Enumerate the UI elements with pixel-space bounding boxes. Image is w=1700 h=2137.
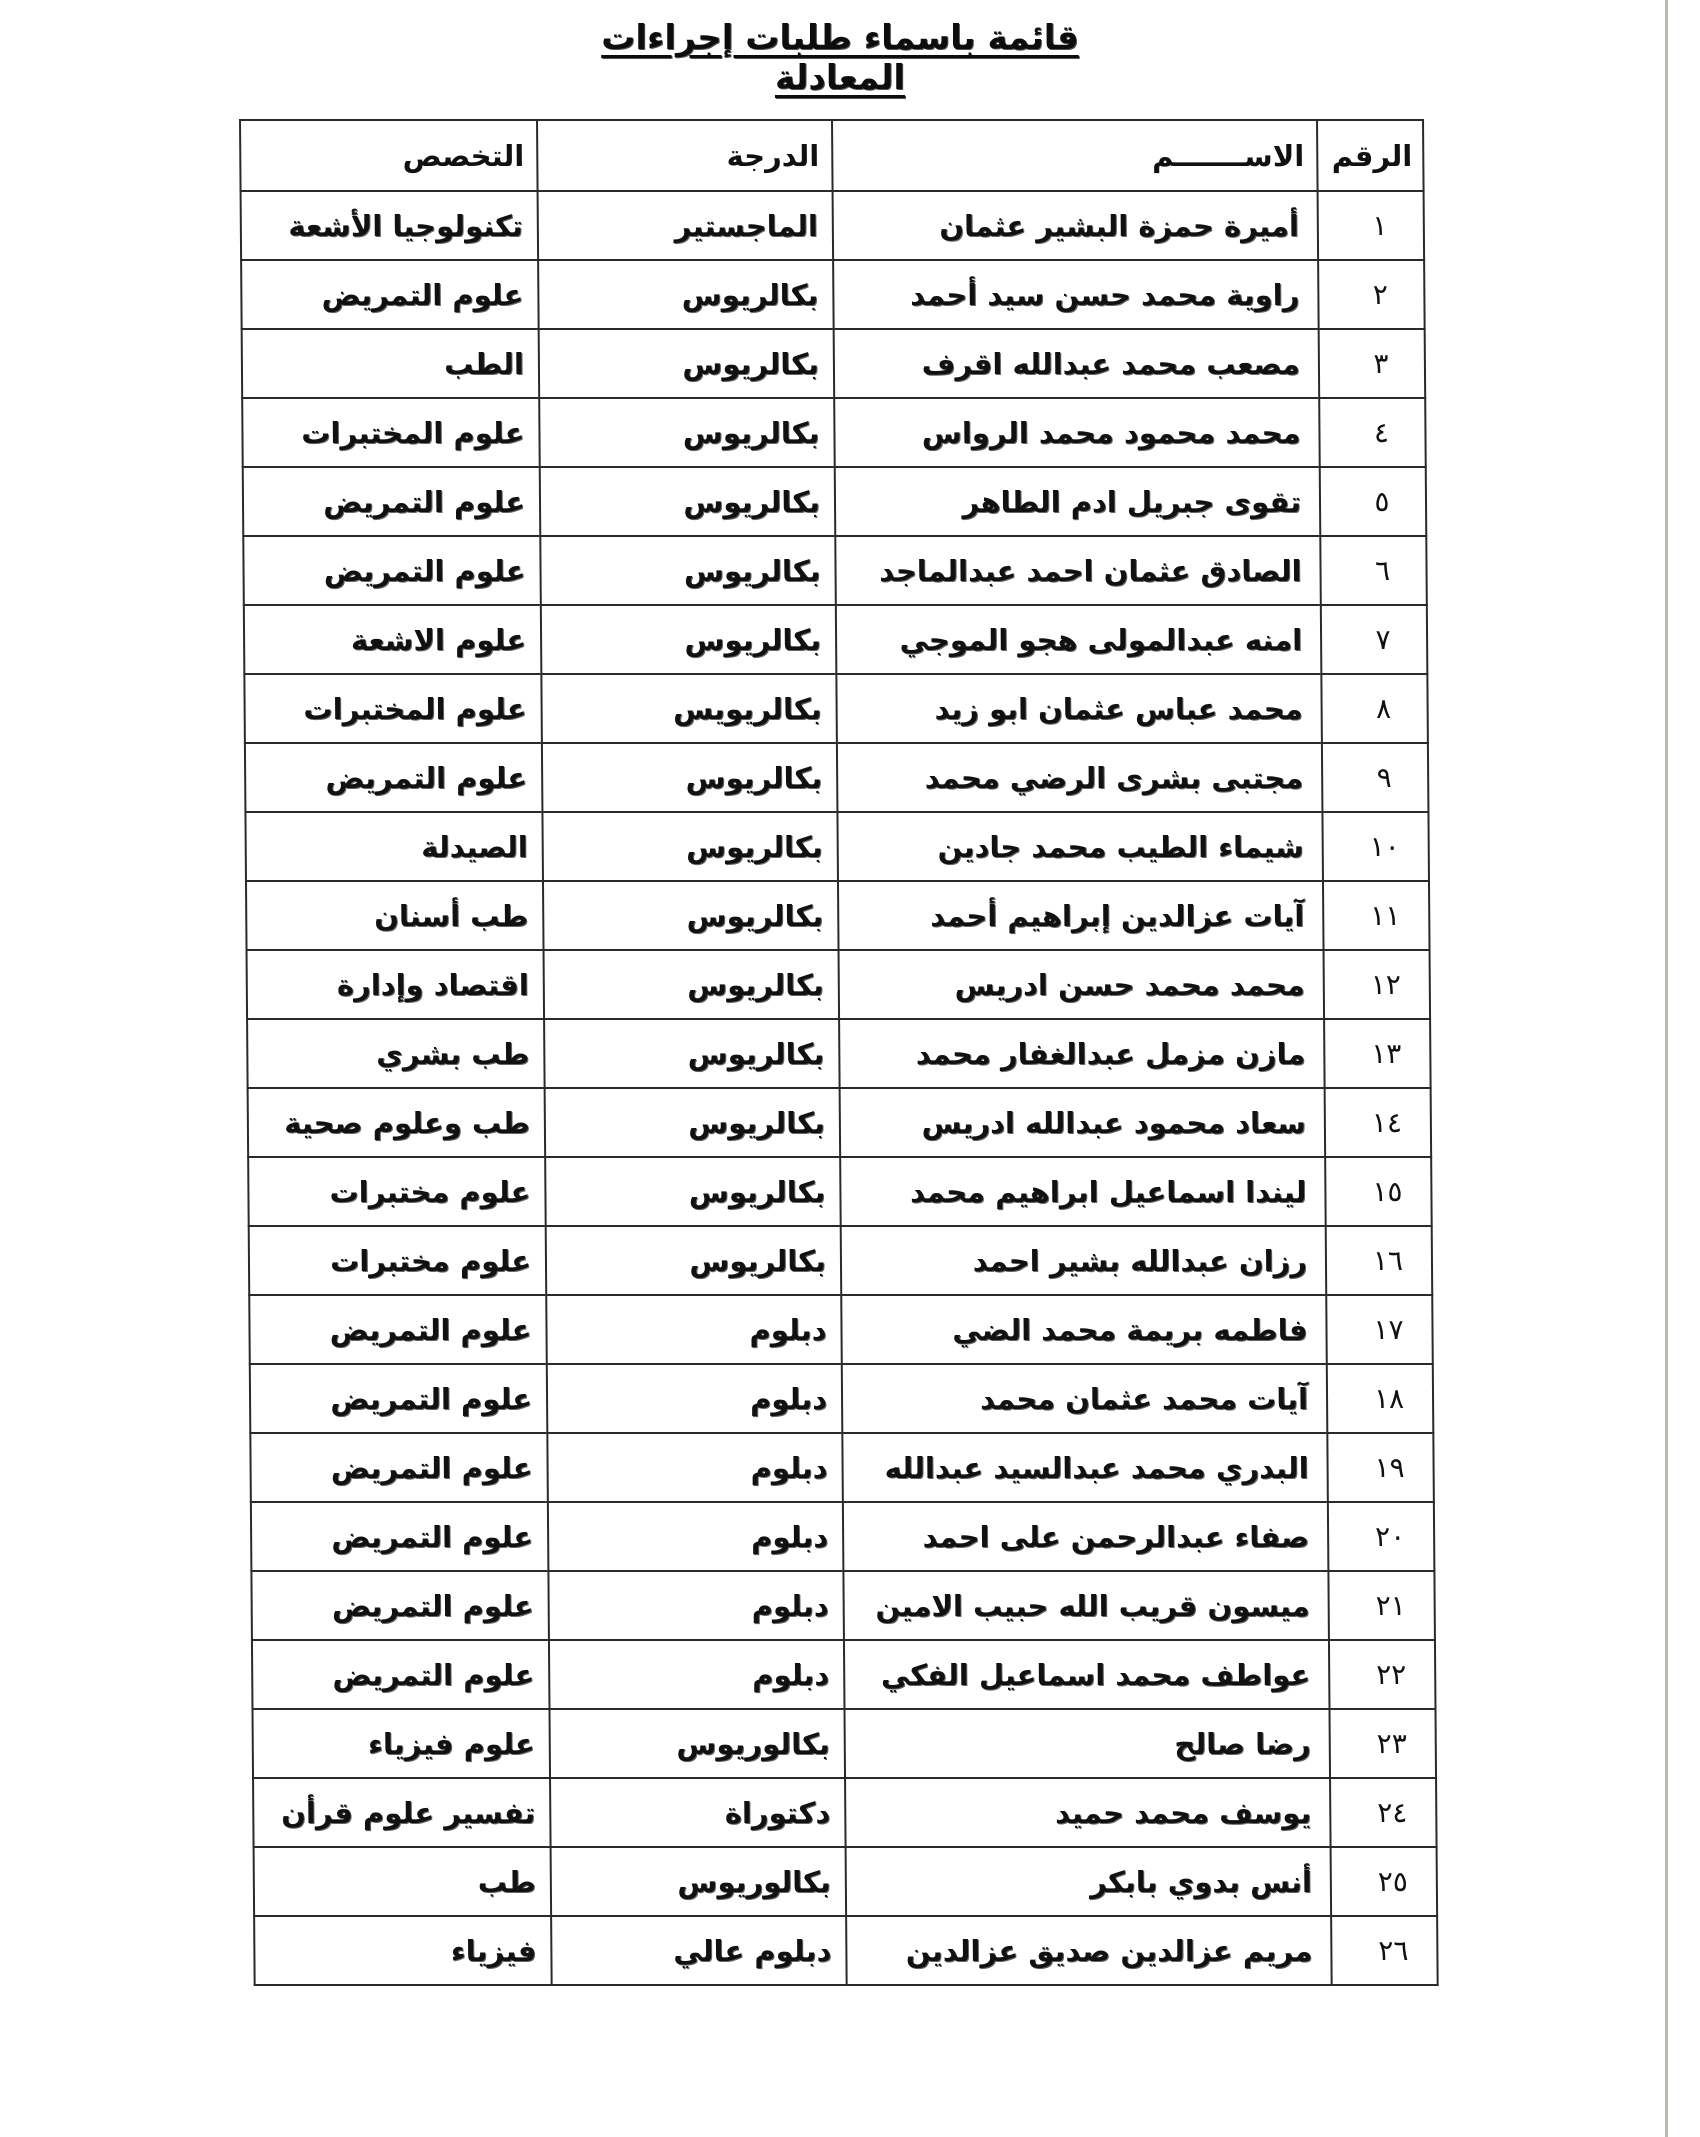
- applicant-name: عواطف محمد اسماعيل الفكي: [844, 1640, 1330, 1709]
- specialty-cell: علوم مختبرات: [248, 1157, 546, 1226]
- applicant-name: مازن مزمل عبدالغفار محمد: [839, 1019, 1325, 1088]
- table-row: ١أميرة حمزة البشير عثمانالماجستيرتكنولوج…: [241, 191, 1425, 260]
- specialty-cell: علوم التمريض: [243, 536, 541, 605]
- table-row: ١٩البدري محمد عبدالسيد عبداللهدبلومعلوم …: [250, 1433, 1434, 1502]
- specialty-cell: تكنولوجيا الأشعة: [241, 191, 539, 260]
- specialty-cell: طب وعلوم صحية: [248, 1088, 546, 1157]
- degree-cell: بكالريوس: [545, 1157, 841, 1226]
- specialty-cell: علوم التمريض: [251, 1571, 549, 1640]
- row-number: ٢١: [1328, 1571, 1435, 1640]
- table-row: ١١آيات عزالدين إبراهيم أحمدبكالريوسطب أس…: [246, 881, 1430, 950]
- row-number: ١٤: [1325, 1088, 1432, 1157]
- table-row: ٥تقوى جبريل ادم الطاهربكالريوسعلوم التمر…: [243, 467, 1427, 536]
- applicant-name: آيات عزالدين إبراهيم أحمد: [838, 881, 1324, 950]
- table-row: ٧امنه عبدالمولى هجو الموجيبكالريوسعلوم ا…: [244, 605, 1428, 674]
- applicant-name: رضا صالح: [844, 1709, 1330, 1778]
- table-row: ٨محمد عباس عثمان ابو زيدبكالريويسعلوم ال…: [244, 674, 1428, 743]
- specialty-cell: تفسير علوم قرأن: [253, 1778, 551, 1847]
- applicant-name: آيات محمد عثمان محمد: [842, 1364, 1328, 1433]
- applicant-name: مصعب محمد عبدالله اقرف: [834, 329, 1320, 398]
- specialty-cell: علوم المختبرات: [244, 674, 542, 743]
- applicants-table-container: الرقم الاســـــــم الدرجة التخصص ١أميرة …: [239, 119, 1437, 1986]
- specialty-cell: علوم التمريض: [241, 260, 539, 329]
- row-number: ٤: [1319, 398, 1426, 467]
- row-number: ١١: [1323, 881, 1430, 950]
- table-body: ١أميرة حمزة البشير عثمانالماجستيرتكنولوج…: [241, 191, 1438, 1985]
- specialty-cell: علوم التمريض: [245, 743, 543, 812]
- specialty-cell: طب أسنان: [246, 881, 544, 950]
- applicant-name: مريم عزالدين صديق عزالدين: [846, 1916, 1332, 1985]
- applicant-name: امنه عبدالمولى هجو الموجي: [836, 605, 1322, 674]
- specialty-cell: فيزياء: [254, 1916, 552, 1985]
- row-number: ٢٣: [1329, 1709, 1436, 1778]
- degree-cell: بكالوريوس: [551, 1847, 847, 1916]
- degree-cell: بكالريوس: [542, 812, 838, 881]
- degree-cell: بكالريوس: [539, 398, 835, 467]
- table-row: ١٦رزان عبدالله بشير احمدبكالريوسعلوم مخت…: [249, 1226, 1433, 1295]
- degree-cell: بكالريوس: [541, 605, 837, 674]
- table-header-row: الرقم الاســـــــم الدرجة التخصص: [240, 120, 1424, 191]
- degree-cell: بكالريوس: [542, 743, 838, 812]
- degree-cell: بكالريوس: [539, 329, 835, 398]
- degree-cell: دبلوم: [547, 1364, 843, 1433]
- row-number: ٢٥: [1331, 1847, 1438, 1916]
- applicant-name: فاطمه بريمة محمد الضي: [841, 1295, 1327, 1364]
- applicant-name: محمد محمود محمد الرواس: [834, 398, 1320, 467]
- specialty-cell: علوم المختبرات: [242, 398, 540, 467]
- applicant-name: مجتبى بشرى الرضي محمد: [837, 743, 1323, 812]
- applicant-name: سعاد محمود عبدالله ادريس: [840, 1088, 1326, 1157]
- degree-cell: بكالريوس: [540, 467, 836, 536]
- degree-cell: بكالوريوس: [549, 1709, 845, 1778]
- table-row: ١٢محمد محمد حسن ادريسبكالريوساقتصاد وإدا…: [247, 950, 1431, 1019]
- table-row: ٢١ميسون قريب الله حبيب الاميندبلومعلوم ا…: [251, 1571, 1435, 1640]
- specialty-cell: اقتصاد وإدارة: [247, 950, 545, 1019]
- specialty-cell: الصيدلة: [245, 812, 543, 881]
- table-row: ٢٤يوسف محمد حميددكتوراةتفسير علوم قرأن: [253, 1778, 1437, 1847]
- table-row: ٦الصادق عثمان احمد عبدالماجدبكالريوسعلوم…: [243, 536, 1427, 605]
- specialty-cell: علوم التمريض: [252, 1640, 550, 1709]
- row-number: ١٨: [1327, 1364, 1434, 1433]
- degree-cell: دبلوم: [546, 1295, 842, 1364]
- table-row: ٩مجتبى بشرى الرضي محمدبكالريوسعلوم التمر…: [245, 743, 1429, 812]
- degree-cell: بكالريوس: [544, 1019, 840, 1088]
- row-number: ١: [1318, 191, 1425, 260]
- table-row: ٣مصعب محمد عبدالله اقرفبكالريوسالطب: [242, 329, 1426, 398]
- degree-cell: بكالريوس: [546, 1226, 842, 1295]
- table-row: ٤محمد محمود محمد الرواسبكالريوسعلوم المخ…: [242, 398, 1426, 467]
- degree-cell: بكالريوس: [540, 536, 836, 605]
- degree-cell: الماجستير: [538, 191, 834, 260]
- scan-edge-line: [1665, 0, 1668, 2137]
- header-name: الاســـــــم: [832, 120, 1318, 191]
- applicant-name: يوسف محمد حميد: [845, 1778, 1331, 1847]
- table-row: ١٠شيماء الطيب محمد جادينبكالريوسالصيدلة: [245, 812, 1429, 881]
- table-row: ٢٦مريم عزالدين صديق عزالديندبلوم عاليفيز…: [254, 1916, 1438, 1985]
- row-number: ٩: [1322, 743, 1429, 812]
- applicant-name: ميسون قريب الله حبيب الامين: [843, 1571, 1329, 1640]
- row-number: ١٠: [1322, 812, 1429, 881]
- applicant-name: صفاء عبدالرحمن على احمد: [843, 1502, 1329, 1571]
- header-specialty: التخصص: [240, 120, 538, 191]
- table-row: ٢٣رضا صالحبكالوريوسعلوم فيزياء: [252, 1709, 1436, 1778]
- row-number: ١٢: [1324, 950, 1431, 1019]
- applicant-name: محمد عباس عثمان ابو زيد: [836, 674, 1322, 743]
- degree-cell: بكالريوس: [544, 950, 840, 1019]
- row-number: ٧: [1321, 605, 1428, 674]
- applicant-name: شيماء الطيب محمد جادين: [837, 812, 1323, 881]
- applicant-name: أميرة حمزة البشير عثمان: [833, 191, 1319, 260]
- row-number: ٢٠: [1328, 1502, 1435, 1571]
- specialty-cell: علوم التمريض: [249, 1295, 547, 1364]
- specialty-cell: علوم فيزياء: [252, 1709, 550, 1778]
- row-number: ٢٦: [1331, 1916, 1438, 1985]
- applicant-name: تقوى جبريل ادم الطاهر: [835, 467, 1321, 536]
- specialty-cell: علوم التمريض: [243, 467, 541, 536]
- applicant-name: البدري محمد عبدالسيد عبدالله: [842, 1433, 1328, 1502]
- applicant-name: ليندا اسماعيل ابراهيم محمد: [840, 1157, 1326, 1226]
- table-row: ١٥ليندا اسماعيل ابراهيم محمدبكالريوسعلوم…: [248, 1157, 1432, 1226]
- applicant-name: أنس بدوي بابكر: [846, 1847, 1332, 1916]
- table-row: ١٨آيات محمد عثمان محمددبلومعلوم التمريض: [250, 1364, 1434, 1433]
- specialty-cell: علوم مختبرات: [249, 1226, 547, 1295]
- row-number: ١٩: [1327, 1433, 1434, 1502]
- specialty-cell: علوم الاشعة: [244, 605, 542, 674]
- table-row: ٢٢عواطف محمد اسماعيل الفكيدبلومعلوم التم…: [252, 1640, 1436, 1709]
- degree-cell: بكالريوس: [538, 260, 834, 329]
- applicant-name: الصادق عثمان احمد عبدالماجد: [835, 536, 1321, 605]
- row-number: ٣: [1319, 329, 1426, 398]
- row-number: ٨: [1321, 674, 1428, 743]
- degree-cell: بكالريوس: [545, 1088, 841, 1157]
- specialty-cell: علوم التمريض: [251, 1502, 549, 1571]
- table-row: ١٤سعاد محمود عبدالله ادريسبكالريوسطب وعل…: [248, 1088, 1432, 1157]
- degree-cell: دبلوم عالي: [551, 1916, 847, 1985]
- applicant-name: راوية محمد حسن سيد أحمد: [833, 260, 1319, 329]
- applicant-name: رزان عبدالله بشير احمد: [841, 1226, 1327, 1295]
- applicants-table: الرقم الاســـــــم الدرجة التخصص ١أميرة …: [239, 119, 1439, 1986]
- row-number: ٥: [1320, 467, 1427, 536]
- table-row: ١٣مازن مزمل عبدالغفار محمدبكالريوسطب بشر…: [247, 1019, 1431, 1088]
- row-number: ١٦: [1326, 1226, 1433, 1295]
- table-row: ٢راوية محمد حسن سيد أحمدبكالريوسعلوم الت…: [241, 260, 1425, 329]
- row-number: ١٧: [1326, 1295, 1433, 1364]
- document-title: قائمة باسماء طلبات إجراءات المعادلة: [560, 18, 1120, 98]
- applicant-name: محمد محمد حسن ادريس: [839, 950, 1325, 1019]
- degree-cell: دكتوراة: [550, 1778, 846, 1847]
- degree-cell: دبلوم: [549, 1640, 845, 1709]
- specialty-cell: طب: [254, 1847, 552, 1916]
- row-number: ٢٤: [1330, 1778, 1437, 1847]
- row-number: ٦: [1320, 536, 1427, 605]
- row-number: ٢٢: [1329, 1640, 1436, 1709]
- specialty-cell: الطب: [242, 329, 540, 398]
- row-number: ١٣: [1324, 1019, 1431, 1088]
- degree-cell: دبلوم: [548, 1502, 844, 1571]
- row-number: ١٥: [1325, 1157, 1432, 1226]
- row-number: ٢: [1318, 260, 1425, 329]
- degree-cell: بكالريوس: [543, 881, 839, 950]
- specialty-cell: علوم التمريض: [250, 1433, 548, 1502]
- header-degree: الدرجة: [537, 120, 833, 191]
- table-row: ١٧فاطمه بريمة محمد الضيدبلومعلوم التمريض: [249, 1295, 1433, 1364]
- degree-cell: دبلوم: [547, 1433, 843, 1502]
- header-number: الرقم: [1317, 120, 1424, 191]
- table-row: ٢٥أنس بدوي بابكربكالوريوسطب: [254, 1847, 1438, 1916]
- table-row: ٢٠صفاء عبدالرحمن على احمددبلومعلوم التمر…: [251, 1502, 1435, 1571]
- degree-cell: دبلوم: [548, 1571, 844, 1640]
- specialty-cell: علوم التمريض: [250, 1364, 548, 1433]
- specialty-cell: طب بشري: [247, 1019, 545, 1088]
- degree-cell: بكالريويس: [541, 674, 837, 743]
